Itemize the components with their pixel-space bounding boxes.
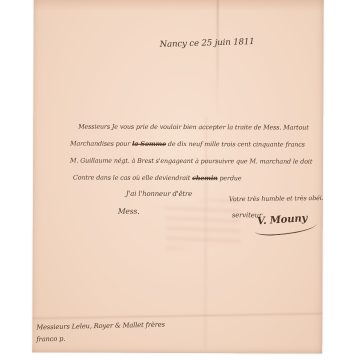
- paper-fold-crease-bottom: [32, 313, 322, 320]
- paper-fold-crease-middle: [204, 117, 207, 347]
- address-annotation-line-2: franco p.: [36, 335, 65, 344]
- closing-salutation: Mess.: [118, 207, 140, 216]
- body-line-4-text-after: perdue: [219, 175, 241, 182]
- closing-honorific: J'ai l'honneur d'être: [126, 190, 192, 198]
- letter-dateline: Nancy ce 25 juin 1811: [160, 37, 255, 50]
- body-line-4: Contre dans le cas où elle deviendrait c…: [73, 175, 242, 183]
- body-line-2-text-after: de dix neuf mille trois cent cinquante f…: [168, 141, 305, 149]
- signature: V. Mouny: [257, 213, 308, 227]
- body-line-4-text: Contre dans le cas où elle deviendrait: [73, 175, 190, 183]
- body-line-2-struck-word: la Somme: [132, 141, 166, 148]
- body-line-1: Messieurs Je vous prie de vouloir bien a…: [78, 124, 308, 132]
- body-line-2: Marchandises pour la Somme de dix neuf m…: [70, 141, 305, 149]
- ink-showthrough: [165, 199, 240, 249]
- scan-background: Nancy ce 25 juin 1811 Messieurs Je vous …: [0, 0, 360, 360]
- body-line-4-struck-word: chemin: [192, 175, 217, 182]
- address-annotation-line-1: Messieurs Leleu, Royer & Mallet frères: [36, 321, 165, 332]
- body-line-2-text: Marchandises pour: [70, 141, 130, 148]
- closing-valediction-line-1: Votre très humble et très obéi.: [229, 195, 324, 203]
- paper-fold-crease-top: [216, 0, 219, 117]
- body-line-3: M. Guillaume négt. à Brest s'engageant à…: [70, 158, 312, 166]
- letter-paper: Nancy ce 25 juin 1811 Messieurs Je vous …: [32, 0, 324, 354]
